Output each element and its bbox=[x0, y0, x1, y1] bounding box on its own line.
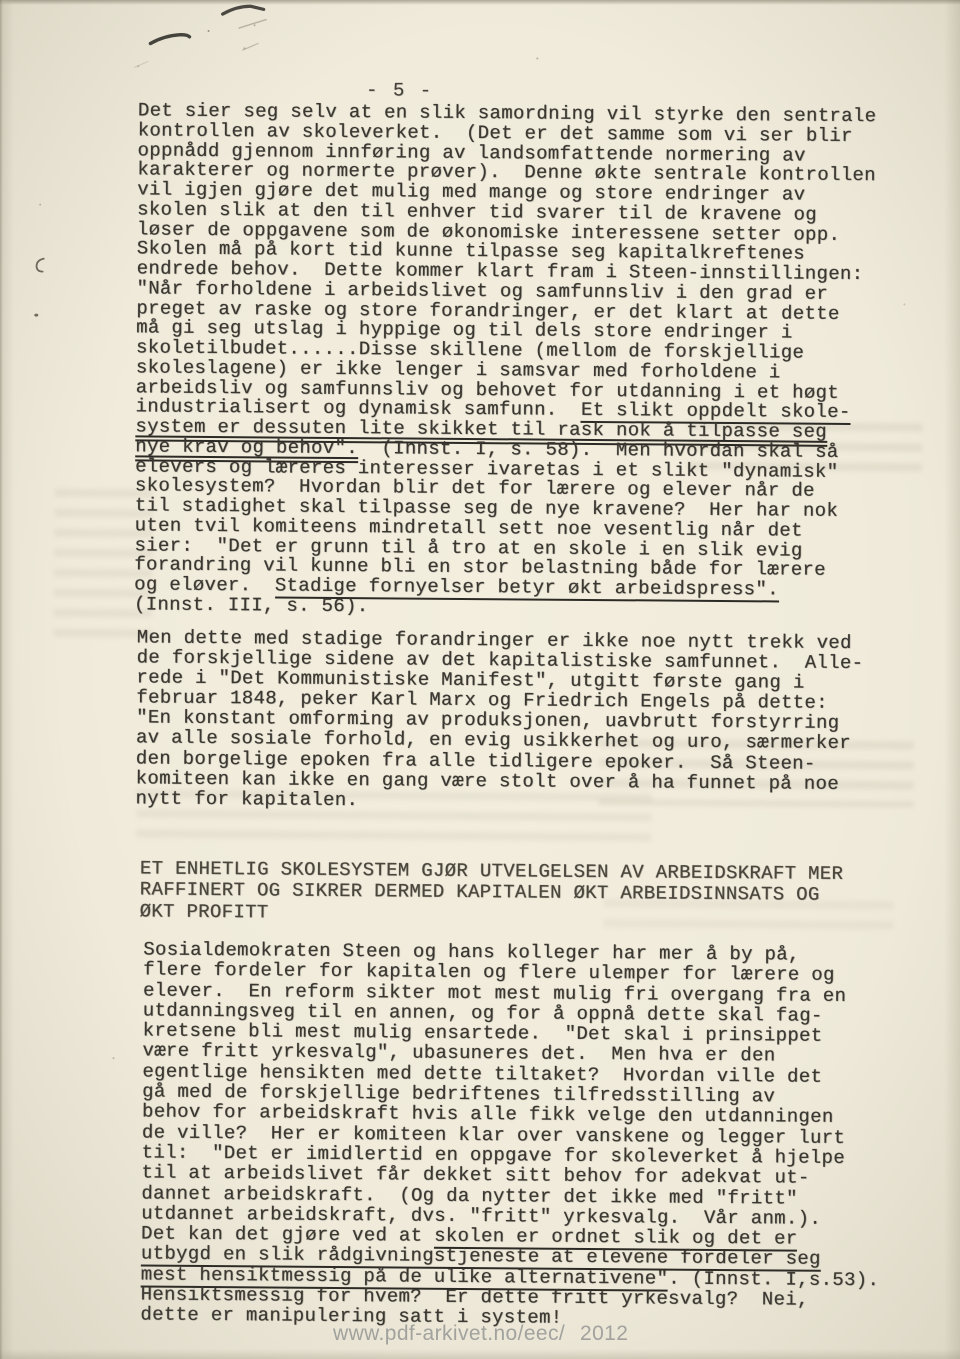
scanned-sheet: - 5 - Det sier seg selv at en slik samor… bbox=[0, 0, 960, 1359]
paragraph-communist-manifesto: Men dette med stadige forandringer er ik… bbox=[135, 627, 863, 814]
paragraph-social-democrat-steen: Sosialdemokraten Steen og hans kolleger … bbox=[140, 939, 881, 1330]
section-heading: ET ENHETLIG SKOLESYSTEM GJØR UTVELGELSEN… bbox=[140, 858, 844, 927]
paragraph-central-control: Det sier seg selv at en slik samordning … bbox=[134, 101, 876, 620]
margin-pencil-mark bbox=[32, 256, 48, 274]
text-segment: (Innst. III, s. 56). bbox=[134, 593, 369, 617]
text-segment: nytt for kapitalen. bbox=[135, 787, 358, 811]
page-number: - 5 - bbox=[366, 79, 433, 102]
footer-year: 2012 bbox=[580, 1322, 628, 1346]
scanned-document-page: { "page": { "number_label": "- 5 -" }, "… bbox=[0, 0, 960, 1359]
pen-stroke-marks bbox=[130, 0, 321, 77]
margin-dot-mark bbox=[34, 314, 38, 317]
pdf-archive-footer: www.pdf-arkivet.no/eec/ 2012 bbox=[0, 1322, 960, 1352]
footer-url: www.pdf-arkivet.no/eec/ bbox=[333, 1322, 565, 1346]
paper-background: - 5 - Det sier seg selv at en slik samor… bbox=[0, 0, 960, 1359]
text-segment: ØKT PROFITT bbox=[140, 900, 269, 923]
